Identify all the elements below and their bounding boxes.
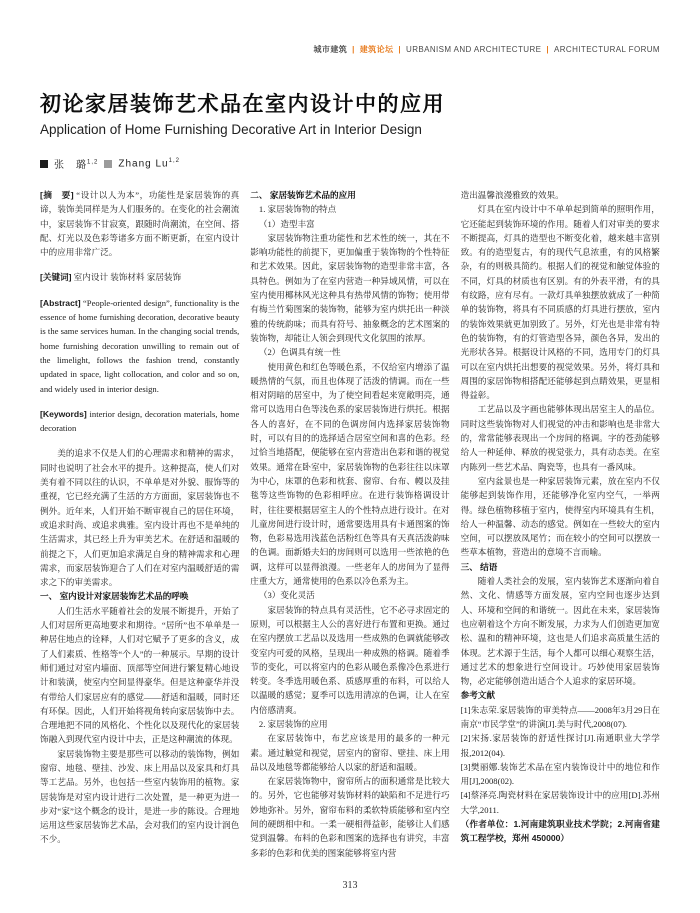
abstract-cn: [摘 要] “设计以人为本”，功能性是家居装饰的真谛，装饰美同样是为人们服务的。… [40,188,239,259]
abstract-en: [Abstract] “People-oriented design”, fun… [40,296,239,396]
reference-item: [4]蔡泽亮.陶瓷材料在家居装饰设计中的应用[D].苏州大学,2011. [461,788,660,817]
body-paragraph: 家居装饰物主要是那些可以移动的装饰物，例如窗帘、地毯、壁挂、沙发、床上用品以及家… [40,747,239,847]
body-paragraph: 在家居装饰中，布艺应该是用的最多的一种元素。通过触觉和视觉，居室内的窗帘、壁挂、… [250,731,449,774]
article-title-cn: 初论家居装饰艺术品在室内设计中的应用 [40,88,445,118]
author-marker-icon [40,160,48,168]
point-heading: （2）色调具有统一性 [250,345,449,359]
article-title-en: Application of Home Furnishing Decorativ… [40,122,422,137]
author-affiliation-sup: 1,2 [87,160,98,166]
forum-name-en: ARCHITECTURAL FORUM [554,45,660,54]
body-paragraph: 室内盆景也是一种家居装饰元素，放在室内不仅能够起到装饰作用，还能够净化室内空气，… [461,474,660,560]
running-head: 城市建筑 | 建筑论坛 | URBANISM AND ARCHITECTURE … [314,44,660,55]
paper-page: 城市建筑 | 建筑论坛 | URBANISM AND ARCHITECTURE … [0,0,700,913]
header-separator: | [352,45,355,54]
author-line: 张 璐1,2 Zhang Lu1,2 [40,156,180,171]
abstract-cn-label: [摘 要] [40,190,74,200]
keywords-cn-label: [关键词] [40,272,72,282]
intro-paragraph: 美的追求不仅是人们的心理需求和精神的需求，同时也说明了社会水平的提升。这种提高，… [40,446,239,589]
author-marker-icon [104,160,112,168]
page-number: 313 [0,880,700,891]
section-heading-2: 二、 家居装饰艺术品的应用 [250,188,449,202]
body-paragraph: 家居装饰物注重功能性和艺术性的统一，其在不影响功能性的前提下，更加偏重于装饰物的… [250,231,449,345]
reference-item: [3]樊丽娜.装饰艺术品在室内装饰设计中的地位和作用[J],2008(02). [461,760,660,789]
keywords-cn-text: 室内设计 装饰材料 家居装饰 [74,272,181,282]
author-affiliation: （作者单位：1.河南建筑职业技术学院；2.河南省建筑工程学校，郑州 450000… [461,817,660,846]
point-heading: （1）造型丰富 [250,217,449,231]
reference-item: [1]朱志荣.家居装饰的审美特点——2008年3月29日在南京“市民学堂”的讲演… [461,703,660,732]
body-paragraph: 工艺品以及字画也能够体现出居室主人的品位。同时这些装饰物对人们视觉的冲击和影响也… [461,402,660,473]
column-left: [摘 要] “设计以人为本”，功能性是家居装饰的真谛，装饰美同样是为人们服务的。… [40,188,239,860]
keywords-en: [Keywords] interior design, decoration m… [40,407,239,436]
header-separator: | [398,45,401,54]
article-body: [摘 要] “设计以人为本”，功能性是家居装饰的真谛，装饰美同样是为人们服务的。… [40,188,660,860]
body-paragraph: 灯具在室内设计中不单单起到简单的照明作用，它还能起到装饰环境的作用。随着人们对审… [461,202,660,402]
continued-paragraph: 造出温馨浪漫雅致的效果。 [461,188,660,202]
abstract-en-label: [Abstract] [40,298,81,308]
author-name-cn: 张 璐1,2 [54,156,98,171]
abstract-cn-text: “设计以人为本”，功能性是家居装饰的真谛，装饰美同样是为人们服务的。在变化的社会… [40,190,239,257]
journal-name-cn: 城市建筑 [314,44,348,55]
body-paragraph: 家居装饰的特点具有灵活性，它不必寻求固定的原则，可以根据主人公的喜好进行布置和更… [250,603,449,717]
subsection-heading: 1. 家居装饰物的特点 [250,202,449,216]
abstract-en-text: “People-oriented design”, functionality … [40,298,239,394]
subsection-heading: 2. 家居装饰的应用 [250,717,449,731]
author-name-en: Zhang Lu1,2 [118,158,180,169]
body-paragraph: 人们生活水平随着社会的发展不断提升，开始了人们对居所更高地要求和期待。“居所”也… [40,604,239,747]
point-heading: （3）变化灵活 [250,588,449,602]
section-heading-3: 三、 结语 [461,560,660,574]
column-right: 造出温馨浪漫雅致的效果。 灯具在室内设计中不单单起到简单的照明作用，它还能起到装… [461,188,660,860]
references-title: 参考文献 [461,688,660,702]
keywords-en-label: [Keywords] [40,409,87,419]
conclusion-paragraph: 随着人类社会的发展，室内装饰艺术逐渐向着自然、文化、情感等方面发展，室内空间也逐… [461,574,660,688]
section-heading-1: 一、 室内设计对家居装饰艺术品的呼唤 [40,589,239,603]
body-paragraph: 在家居装饰物中，窗帘所占的面积通常是比较大的。另外，它也能够对装饰材料的缺陷和不… [250,774,449,860]
author-affiliation-sup: 1,2 [169,158,180,164]
body-paragraph: 使用黄色和红色等暖色系，不仅给室内增添了温暖热情的气氛，而且也体现了活泼的情调。… [250,360,449,589]
forum-name-cn: 建筑论坛 [360,44,394,55]
journal-name-en: URBANISM AND ARCHITECTURE [406,45,541,54]
header-separator: | [546,45,549,54]
reference-item: [2]宋扬.家居装饰的舒适性探讨[J].南通职业大学学报,2012(04). [461,731,660,760]
column-middle: 二、 家居装饰艺术品的应用 1. 家居装饰物的特点 （1）造型丰富 家居装饰物注… [250,188,449,860]
keywords-cn: [关键词] 室内设计 装饰材料 家居装饰 [40,270,239,284]
